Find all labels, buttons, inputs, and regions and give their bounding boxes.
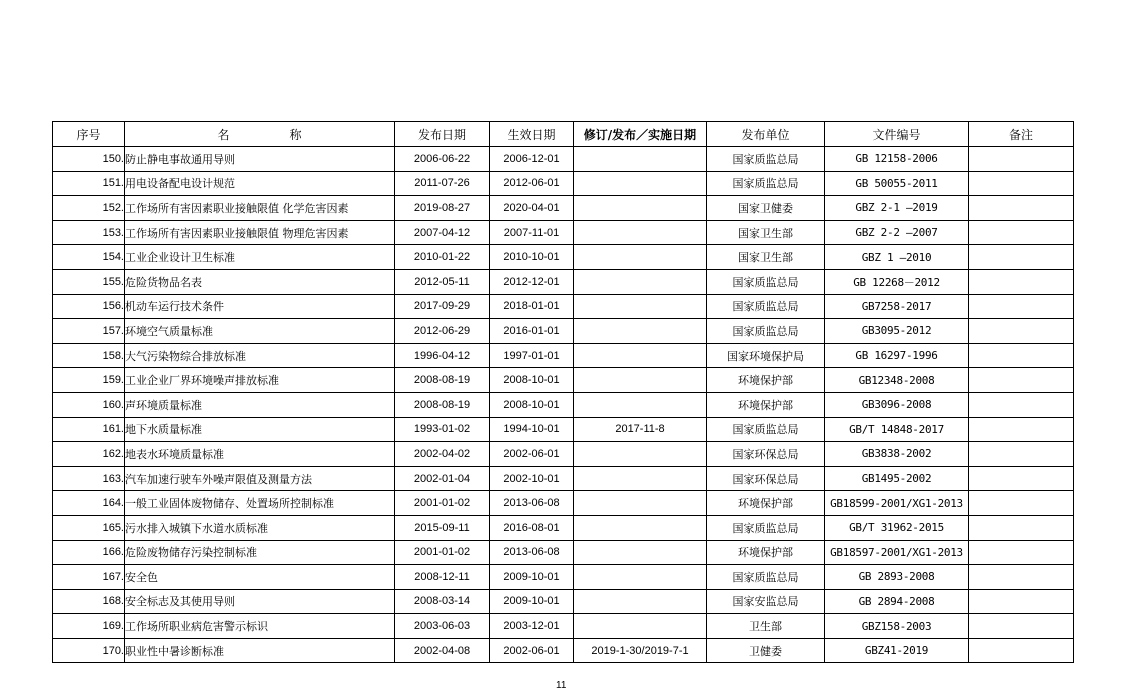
name-cell: 汽车加速行驶车外噪声限值及测量方法 [125,466,395,491]
effective-date-cell: 2010-10-01 [490,245,574,270]
name-cell: 工作场所有害因素职业接触限值 物理危害因素 [125,220,395,245]
name-cell: 危险货物品名表 [125,269,395,294]
revision-date-cell [574,368,707,393]
remarks-cell [969,343,1074,368]
page-number: 11 [556,680,566,689]
issuer-cell: 环境保护部 [707,368,825,393]
remarks-cell [969,196,1074,221]
doc-code-cell: GB 50055-2011 [825,171,969,196]
seq-cell: 150. [53,147,125,172]
revision-date-cell [574,614,707,639]
table-row: 158.大气污染物综合排放标准1996-04-121997-01-01国家环境保… [53,343,1074,368]
standards-table: 序号 名 称 发布日期 生效日期 修订/发布／实施日期 发布单位 文件编号 备注… [52,121,1074,663]
table-row: 167.安全色2008-12-112009-10-01国家质监总局GB 2893… [53,565,1074,590]
seq-cell: 159. [53,368,125,393]
remarks-cell [969,614,1074,639]
issuer-cell: 国家环保总局 [707,466,825,491]
seq-cell: 164. [53,491,125,516]
publish-date-cell: 1993-01-02 [395,417,490,442]
seq-cell: 160. [53,392,125,417]
name-cell: 一般工业固体废物储存、处置场所控制标准 [125,491,395,516]
name-cell: 职业性中暑诊断标准 [125,638,395,663]
publish-date-cell: 2012-05-11 [395,269,490,294]
effective-date-cell: 2008-10-01 [490,392,574,417]
table-row: 162.地表水环境质量标准2002-04-022002-06-01国家环保总局G… [53,442,1074,467]
revision-date-cell [574,269,707,294]
doc-code-cell: GBZ158-2003 [825,614,969,639]
table-row: 151.用电设备配电设计规范2011-07-262012-06-01国家质监总局… [53,171,1074,196]
effective-date-cell: 2002-10-01 [490,466,574,491]
remarks-cell [969,294,1074,319]
publish-date-cell: 2012-06-29 [395,319,490,344]
seq-cell: 163. [53,466,125,491]
table-row: 169.工作场所职业病危害警示标识2003-06-032003-12-01卫生部… [53,614,1074,639]
remarks-cell [969,392,1074,417]
revision-date-cell [574,196,707,221]
header-doc-code: 文件编号 [825,122,969,147]
doc-code-cell: GB 2894-2008 [825,589,969,614]
issuer-cell: 国家安监总局 [707,589,825,614]
revision-date-cell: 2019-1-30/2019-7-1 [574,638,707,663]
effective-date-cell: 1997-01-01 [490,343,574,368]
doc-code-cell: GB7258-2017 [825,294,969,319]
name-cell: 大气污染物综合排放标准 [125,343,395,368]
header-issuer: 发布单位 [707,122,825,147]
seq-cell: 152. [53,196,125,221]
table-row: 152.工作场所有害因素职业接触限值 化学危害因素2019-08-272020-… [53,196,1074,221]
doc-code-cell: GB 12158-2006 [825,147,969,172]
effective-date-cell: 2002-06-01 [490,638,574,663]
revision-date-cell [574,442,707,467]
issuer-cell: 国家质监总局 [707,319,825,344]
issuer-cell: 环境保护部 [707,392,825,417]
doc-code-cell: GB 12268－2012 [825,269,969,294]
issuer-cell: 环境保护部 [707,540,825,565]
issuer-cell: 国家质监总局 [707,515,825,540]
effective-date-cell: 2006-12-01 [490,147,574,172]
revision-date-cell [574,565,707,590]
doc-code-cell: GB 16297-1996 [825,343,969,368]
effective-date-cell: 2013-06-08 [490,491,574,516]
publish-date-cell: 2002-04-02 [395,442,490,467]
publish-date-cell: 2008-08-19 [395,392,490,417]
issuer-cell: 国家质监总局 [707,269,825,294]
name-cell: 污水排入城镇下水道水质标准 [125,515,395,540]
issuer-cell: 国家环保总局 [707,442,825,467]
seq-cell: 158. [53,343,125,368]
name-cell: 工作场所有害因素职业接触限值 化学危害因素 [125,196,395,221]
table-row: 161.地下水质量标准1993-01-021994-10-012017-11-8… [53,417,1074,442]
issuer-cell: 环境保护部 [707,491,825,516]
name-cell: 声环境质量标准 [125,392,395,417]
effective-date-cell: 2016-08-01 [490,515,574,540]
publish-date-cell: 2003-06-03 [395,614,490,639]
revision-date-cell [574,220,707,245]
table-row: 164.一般工业固体废物储存、处置场所控制标准2001-01-022013-06… [53,491,1074,516]
issuer-cell: 国家质监总局 [707,147,825,172]
effective-date-cell: 2012-12-01 [490,269,574,294]
remarks-cell [969,466,1074,491]
issuer-cell: 国家环境保护局 [707,343,825,368]
publish-date-cell: 2017-09-29 [395,294,490,319]
remarks-cell [969,491,1074,516]
table-row: 156.机动车运行技术条件2017-09-292018-01-01国家质监总局G… [53,294,1074,319]
publish-date-cell: 2008-03-14 [395,589,490,614]
remarks-cell [969,442,1074,467]
publish-date-cell: 2007-04-12 [395,220,490,245]
publish-date-cell: 2015-09-11 [395,515,490,540]
table-row: 153.工作场所有害因素职业接触限值 物理危害因素2007-04-122007-… [53,220,1074,245]
publish-date-cell: 1996-04-12 [395,343,490,368]
publish-date-cell: 2010-01-22 [395,245,490,270]
publish-date-cell: 2019-08-27 [395,196,490,221]
effective-date-cell: 2003-12-01 [490,614,574,639]
header-revision-date: 修订/发布／实施日期 [574,122,707,147]
revision-date-cell [574,294,707,319]
table-row: 157.环境空气质量标准2012-06-292016-01-01国家质监总局GB… [53,319,1074,344]
seq-cell: 169. [53,614,125,639]
remarks-cell [969,147,1074,172]
seq-cell: 170. [53,638,125,663]
effective-date-cell: 2007-11-01 [490,220,574,245]
table-row: 150.防止静电事故通用导则2006-06-222006-12-01国家质监总局… [53,147,1074,172]
name-cell: 防止静电事故通用导则 [125,147,395,172]
effective-date-cell: 2020-04-01 [490,196,574,221]
doc-code-cell: GB3838-2002 [825,442,969,467]
seq-cell: 168. [53,589,125,614]
table-header-row: 序号 名 称 发布日期 生效日期 修订/发布／实施日期 发布单位 文件编号 备注 [53,122,1074,147]
header-seq: 序号 [53,122,125,147]
doc-code-cell: GB3095-2012 [825,319,969,344]
name-cell: 机动车运行技术条件 [125,294,395,319]
name-cell: 工作场所职业病危害警示标识 [125,614,395,639]
doc-code-cell: GBZ41-2019 [825,638,969,663]
issuer-cell: 国家质监总局 [707,171,825,196]
name-cell: 安全色 [125,565,395,590]
header-remarks: 备注 [969,122,1074,147]
remarks-cell [969,319,1074,344]
table-row: 165.污水排入城镇下水道水质标准2015-09-112016-08-01国家质… [53,515,1074,540]
issuer-cell: 国家卫生部 [707,220,825,245]
revision-date-cell [574,491,707,516]
publish-date-cell: 2011-07-26 [395,171,490,196]
name-cell: 地表水环境质量标准 [125,442,395,467]
revision-date-cell [574,466,707,491]
name-cell: 工业企业设计卫生标准 [125,245,395,270]
publish-date-cell: 2002-01-04 [395,466,490,491]
revision-date-cell [574,343,707,368]
effective-date-cell: 1994-10-01 [490,417,574,442]
name-cell: 危险废物储存污染控制标准 [125,540,395,565]
revision-date-cell [574,171,707,196]
seq-cell: 157. [53,319,125,344]
effective-date-cell: 2016-01-01 [490,319,574,344]
table-row: 166.危险废物储存污染控制标准2001-01-022013-06-08环境保护… [53,540,1074,565]
remarks-cell [969,589,1074,614]
remarks-cell [969,269,1074,294]
issuer-cell: 卫健委 [707,638,825,663]
revision-date-cell [574,540,707,565]
header-publish-date: 发布日期 [395,122,490,147]
doc-code-cell: GB1495-2002 [825,466,969,491]
remarks-cell [969,540,1074,565]
table-row: 163.汽车加速行驶车外噪声限值及测量方法2002-01-042002-10-0… [53,466,1074,491]
effective-date-cell: 2009-10-01 [490,589,574,614]
table-row: 154.工业企业设计卫生标准2010-01-222010-10-01国家卫生部G… [53,245,1074,270]
revision-date-cell [574,515,707,540]
publish-date-cell: 2001-01-02 [395,491,490,516]
issuer-cell: 国家质监总局 [707,565,825,590]
doc-code-cell: GB/T 14848-2017 [825,417,969,442]
revision-date-cell [574,392,707,417]
revision-date-cell [574,589,707,614]
document-page: 序号 名 称 发布日期 生效日期 修订/发布／实施日期 发布单位 文件编号 备注… [0,0,1122,689]
doc-code-cell: GBZ 2-2 —2007 [825,220,969,245]
seq-cell: 155. [53,269,125,294]
remarks-cell [969,245,1074,270]
effective-date-cell: 2012-06-01 [490,171,574,196]
publish-date-cell: 2002-04-08 [395,638,490,663]
publish-date-cell: 2008-12-11 [395,565,490,590]
revision-date-cell [574,147,707,172]
header-effective-date: 生效日期 [490,122,574,147]
doc-code-cell: GB3096-2008 [825,392,969,417]
revision-date-cell [574,245,707,270]
effective-date-cell: 2018-01-01 [490,294,574,319]
seq-cell: 166. [53,540,125,565]
doc-code-cell: GB12348-2008 [825,368,969,393]
name-cell: 工业企业厂界环境噪声排放标准 [125,368,395,393]
remarks-cell [969,638,1074,663]
issuer-cell: 国家质监总局 [707,294,825,319]
doc-code-cell: GB18599-2001/XG1-2013 [825,491,969,516]
seq-cell: 151. [53,171,125,196]
name-cell: 环境空气质量标准 [125,319,395,344]
seq-cell: 161. [53,417,125,442]
effective-date-cell: 2013-06-08 [490,540,574,565]
remarks-cell [969,565,1074,590]
seq-cell: 167. [53,565,125,590]
remarks-cell [969,417,1074,442]
name-cell: 用电设备配电设计规范 [125,171,395,196]
issuer-cell: 卫生部 [707,614,825,639]
effective-date-cell: 2009-10-01 [490,565,574,590]
remarks-cell [969,220,1074,245]
publish-date-cell: 2001-01-02 [395,540,490,565]
remarks-cell [969,171,1074,196]
issuer-cell: 国家质监总局 [707,417,825,442]
table-row: 168.安全标志及其使用导则2008-03-142009-10-01国家安监总局… [53,589,1074,614]
doc-code-cell: GBZ 1 —2010 [825,245,969,270]
doc-code-cell: GB 2893-2008 [825,565,969,590]
remarks-cell [969,368,1074,393]
revision-date-cell [574,319,707,344]
publish-date-cell: 2008-08-19 [395,368,490,393]
seq-cell: 156. [53,294,125,319]
issuer-cell: 国家卫健委 [707,196,825,221]
header-name: 名 称 [125,122,395,147]
seq-cell: 162. [53,442,125,467]
name-cell: 地下水质量标准 [125,417,395,442]
effective-date-cell: 2008-10-01 [490,368,574,393]
table-row: 160.声环境质量标准2008-08-192008-10-01环境保护部GB30… [53,392,1074,417]
doc-code-cell: GBZ 2-1 —2019 [825,196,969,221]
effective-date-cell: 2002-06-01 [490,442,574,467]
doc-code-cell: GB/T 31962-2015 [825,515,969,540]
seq-cell: 165. [53,515,125,540]
seq-cell: 154. [53,245,125,270]
publish-date-cell: 2006-06-22 [395,147,490,172]
remarks-cell [969,515,1074,540]
revision-date-cell: 2017-11-8 [574,417,707,442]
doc-code-cell: GB18597-2001/XG1-2013 [825,540,969,565]
table-row: 159.工业企业厂界环境噪声排放标准2008-08-192008-10-01环境… [53,368,1074,393]
table-row: 170.职业性中暑诊断标准2002-04-082002-06-012019-1-… [53,638,1074,663]
name-cell: 安全标志及其使用导则 [125,589,395,614]
issuer-cell: 国家卫生部 [707,245,825,270]
seq-cell: 153. [53,220,125,245]
table-row: 155.危险货物品名表2012-05-112012-12-01国家质监总局GB … [53,269,1074,294]
